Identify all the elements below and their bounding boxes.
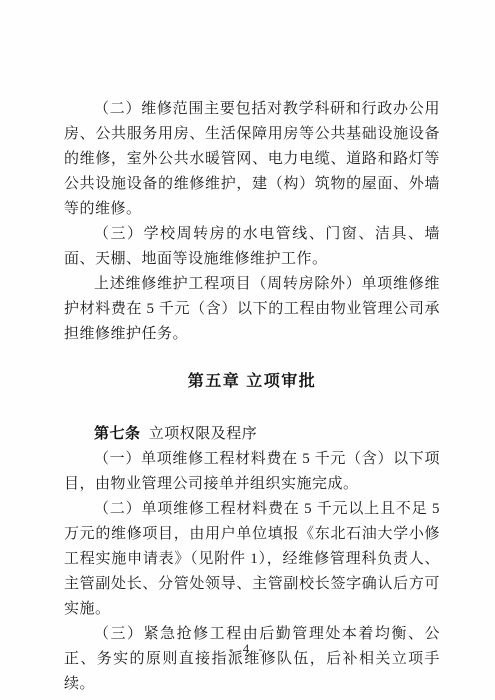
body-paragraph-housing: （三）学校周转房的水电管线、门窗、洁具、墙面、天棚、地面等设施维修维护工作。 <box>64 222 440 272</box>
page-footer: - 4 - <box>0 640 495 658</box>
body-paragraph-scope: （二）维修范围主要包括对教学科研和行政办公用房、公共服务用房、生活保障用房等公共… <box>64 97 440 222</box>
chapter-heading: 第五章 立项审批 <box>64 369 440 394</box>
article-paragraph: 第七条立项权限及程序 <box>64 422 440 447</box>
body-paragraph-summary: 上述维修维护工程项目（周转房除外）单项维修维护材料费在 5 千元（含）以下的工程… <box>64 272 440 347</box>
body-paragraph-clause-2: （二）单项维修工程材料费在 5 千元以上且不足 5 万元的维修项目，由用户单位填… <box>64 497 440 622</box>
page-number: - 4 - <box>229 641 266 656</box>
article-number: 第七条 <box>94 426 141 442</box>
article-title: 立项权限及程序 <box>149 426 258 442</box>
body-paragraph-clause-1: （一）单项维修工程材料费在 5 千元（含）以下项目，由物业管理公司接单并组织实施… <box>64 447 440 497</box>
document-page: （二）维修范围主要包括对教学科研和行政办公用房、公共服务用房、生活保障用房等公共… <box>0 0 495 700</box>
body-paragraph-clause-3: （三）紧急抢修工程由后勤管理处本着均衡、公正、务实的原则直接指派维修队伍，后补相… <box>64 622 440 697</box>
document-body: （二）维修范围主要包括对教学科研和行政办公用房、公共服务用房、生活保障用房等公共… <box>64 97 440 697</box>
